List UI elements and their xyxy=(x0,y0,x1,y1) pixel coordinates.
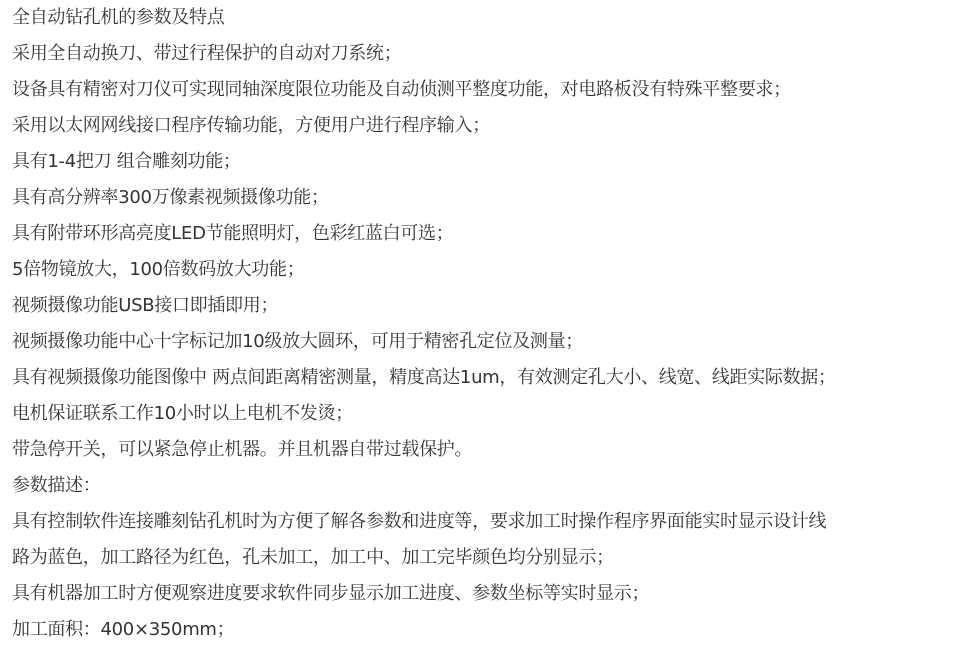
feature-line: 视频摄像功能中心十字标记加10级放大圆环，可用于精密孔定位及测量； xyxy=(12,324,952,360)
param-line: 具有机器加工时方便观察进度要求软件同步显示加工进度、参数坐标等实时显示； xyxy=(12,576,952,612)
feature-line: 电机保证联系工作10小时以上电机不发烫； xyxy=(12,396,952,432)
document-body: 全自动钻孔机的参数及特点 采用全自动换刀、带过行程保护的自动对刀系统； 设备具有… xyxy=(12,0,952,648)
param-line: 具有控制软件连接雕刻钻孔机时为方便了解各参数和进度等，要求加工时操作程序界面能实… xyxy=(12,504,952,540)
param-line: 路为蓝色，加工路径为红色，孔未加工，加工中、加工完毕颜色均分别显示； xyxy=(12,540,952,576)
feature-line: 采用以太网网线接口程序传输功能，方便用户进行程序输入； xyxy=(12,108,952,144)
feature-line: 5倍物镜放大，100倍数码放大功能； xyxy=(12,252,952,288)
feature-line: 具有附带环形高亮度LED节能照明灯，色彩红蓝白可选； xyxy=(12,216,952,252)
params-heading: 参数描述： xyxy=(12,468,952,504)
feature-line: 具有1-4把刀 组合雕刻功能； xyxy=(12,144,952,180)
document-title: 全自动钻孔机的参数及特点 xyxy=(12,0,952,36)
param-line: 加工面积：400×350mm； xyxy=(12,612,952,648)
feature-line: 设备具有精密对刀仪可实现同轴深度限位功能及自动侦测平整度功能，对电路板没有特殊平… xyxy=(12,72,952,108)
feature-line: 带急停开关，可以紧急停止机器。并且机器自带过载保护。 xyxy=(12,432,952,468)
feature-line: 采用全自动换刀、带过行程保护的自动对刀系统； xyxy=(12,36,952,72)
feature-line: 具有高分辨率300万像素视频摄像功能； xyxy=(12,180,952,216)
feature-line: 视频摄像功能USB接口即插即用； xyxy=(12,288,952,324)
feature-line: 具有视频摄像功能图像中 两点间距离精密测量，精度高达1um，有效测定孔大小、线宽… xyxy=(12,360,952,396)
